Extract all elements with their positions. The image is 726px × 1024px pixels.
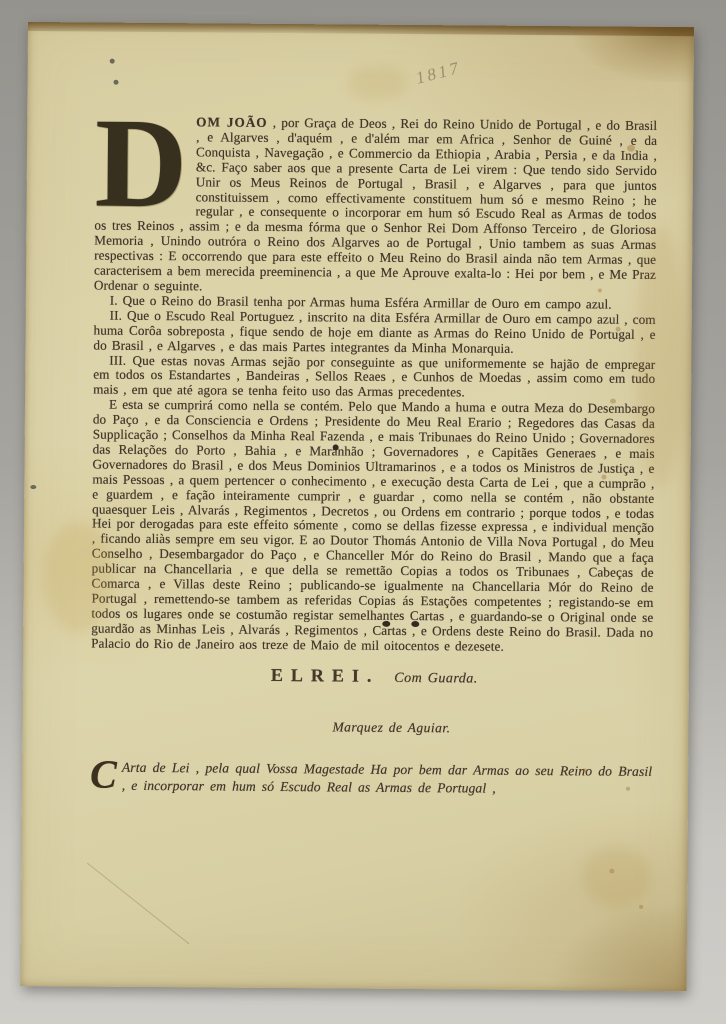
- ink-speck: [30, 485, 36, 489]
- minister-signature: Marquez de Aguiar.: [332, 720, 652, 737]
- foxing-spot: [601, 475, 606, 480]
- corner-stain: [546, 900, 687, 991]
- dropcap-letter-d: D: [94, 115, 183, 220]
- foxing-spot: [627, 145, 635, 152]
- foxing-spot: [623, 439, 627, 443]
- paper-crease: [87, 863, 189, 945]
- document-text: DOM JOÃO , por Graça de Deos , Rei do Re…: [90, 115, 657, 799]
- document-page: 1817 DOM JOÃO , por Graça de Deos , Rei …: [20, 22, 694, 991]
- summary-text: Arta de Lei , pela qual Vossa Magestade …: [122, 760, 652, 795]
- handwritten-year: 1817: [414, 58, 464, 89]
- paper-stain: [634, 227, 686, 487]
- ink-speck: [114, 80, 119, 85]
- summary-paragraph: CArta de Lei , pela qual Vossa Magestade…: [90, 759, 652, 798]
- paper-stain: [347, 65, 407, 101]
- corner-stain: [574, 26, 694, 82]
- foxing-spot: [639, 905, 643, 909]
- opening-paragraph: DOM JOÃO , por Graça de Deos , Rei do Re…: [94, 115, 657, 298]
- ink-blot: [411, 621, 419, 627]
- king-signature: ELREI.: [271, 665, 380, 686]
- paper-stain: [581, 846, 651, 907]
- ink-speck: [110, 59, 115, 64]
- foxing-spot: [598, 288, 602, 292]
- foxing-spot: [616, 327, 621, 332]
- article-2: II. Que o Escudo Real Portuguez , inscri…: [93, 308, 655, 357]
- closing-paragraph: E esta se cumprirá como nella se contém.…: [91, 398, 655, 656]
- ink-blot: [382, 621, 390, 627]
- signature-line: ELREI. Com Guarda.: [271, 668, 653, 689]
- opening-caps: OM JOÃO: [196, 114, 268, 130]
- article-3: III. Que estas novas Armas sejão por con…: [93, 353, 655, 402]
- foxing-spot: [582, 768, 587, 772]
- foxing-spot: [626, 787, 630, 791]
- ink-blot: [333, 444, 339, 450]
- foxing-spot: [634, 497, 638, 501]
- dropcap-letter-c: C: [90, 759, 117, 791]
- foxing-spot: [610, 399, 616, 404]
- photo-background: 1817 DOM JOÃO , por Graça de Deos , Rei …: [0, 0, 726, 1024]
- com-guarda-note: Com Guarda.: [394, 671, 478, 687]
